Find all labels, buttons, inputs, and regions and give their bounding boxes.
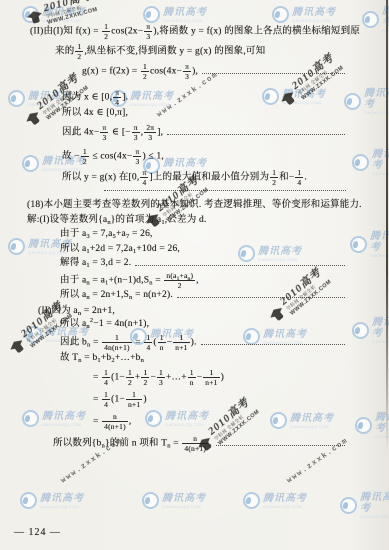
dotted-leader xyxy=(202,73,345,74)
fraction: 14n(n+1) xyxy=(102,333,132,352)
page-number: — 124 — xyxy=(14,527,61,538)
fraction: 14 xyxy=(295,168,303,187)
math-text: 由于 a3 = 7,a5+a7 = 26, xyxy=(60,228,153,241)
scan-edge-line xyxy=(386,0,388,452)
fraction: 14 xyxy=(102,368,110,387)
math-text: 因此 bn = 14n(n+1) = 14(1n−1n+1). xyxy=(60,333,197,352)
dotted-leader xyxy=(135,265,345,266)
math-line-17: (II)因为 an = 2n+1, xyxy=(38,305,115,318)
fraction: 2π3 xyxy=(144,123,156,142)
fraction: n4(n+1) xyxy=(102,412,128,431)
math-line-24: 所以数列{bn}的前 n 项和 Tn = n4(n+1). xyxy=(53,434,347,453)
fraction: n(a1+an)2 xyxy=(164,271,195,290)
dotted-leader xyxy=(201,344,345,345)
math-text: 因此 4x−π3 ∈ [−π3,2π3], xyxy=(62,123,163,142)
math-line-21: = 14(1−12+12−13+…+1n−1n+1) xyxy=(93,368,224,387)
math-line-18: 所以 an2−1 = 4n(n+1), xyxy=(60,318,149,331)
math-line-1: (II)由(I)知 f(x) = 12cos(2x−π3),将函数 y = f(… xyxy=(30,22,360,41)
math-text: = 14(1−12+12−13+…+1n−1n+1) xyxy=(93,368,224,387)
fraction: n4(n+1) xyxy=(182,434,208,453)
math-text: 解得 a1 = 3,d = 2. xyxy=(60,257,131,270)
math-line-3: g(x) = f(2x) = 12cos(4x−π3), xyxy=(82,62,347,81)
math-line-13: 所以 a1+2d = 7,2a1+10d = 26, xyxy=(60,243,180,256)
fraction: π4 xyxy=(113,88,121,107)
fraction: 12 xyxy=(102,22,110,41)
dotted-leader xyxy=(167,134,345,135)
fraction: π3 xyxy=(183,62,191,81)
fraction: π3 xyxy=(133,147,141,166)
fraction: 14 xyxy=(144,333,152,352)
math-text: 解:(I)设等差数列{an}的首项为 a1,公差为 d. xyxy=(27,214,207,227)
solution-text-layer: (II)由(I)知 f(x) = 12cos(2x−π3),将函数 y = f(… xyxy=(0,0,389,550)
math-text: 所以 an2−1 = 4n(n+1), xyxy=(60,318,149,331)
math-text: (II)由(I)知 f(x) = 12cos(2x−π3),将函数 y = f(… xyxy=(30,22,360,41)
dotted-leader xyxy=(104,190,346,191)
math-line-5: 所以 4x ∈ [0,π], xyxy=(62,107,128,120)
math-line-14: 解得 a1 = 3,d = 2. xyxy=(60,257,347,270)
fraction: π3 xyxy=(132,123,140,142)
math-line-6: 因此 4x−π3 ∈ [−π3,2π3], xyxy=(62,123,347,142)
dotted-leader xyxy=(216,445,345,446)
math-text: 所以 a1+2d = 7,2a1+10d = 26, xyxy=(60,243,180,256)
fraction: 12 xyxy=(141,62,149,81)
fraction: π3 xyxy=(144,22,152,41)
math-line-22: = 14(1−1n+1) xyxy=(93,390,147,409)
math-text: 由于 an = a1+(n−1)d,Sn = n(a1+an)2, xyxy=(60,271,199,290)
math-line-16: 所以 an = 2n+1,Sn = n(n+2). xyxy=(60,289,347,302)
math-text: 所以 an = 2n+1,Sn = n(n+2). xyxy=(60,289,173,302)
math-text: 所以 y = g(x) 在[0,π4]上的最大值和最小值分别为12和−14. xyxy=(62,168,307,187)
fraction: π4 xyxy=(140,168,148,187)
math-text: 所以数列{bn}的前 n 项和 Tn = n4(n+1). xyxy=(53,434,212,453)
fraction: 12 xyxy=(81,147,89,166)
math-text: 故 −12 ≤ cos(4x−π3) ≤ 1, xyxy=(62,147,164,166)
fraction: 1n xyxy=(188,368,196,387)
dotted-leader xyxy=(177,297,345,298)
math-line-2: 来的12,纵坐标不变,得到函数 y = g(x) 的图象,可知 xyxy=(55,42,265,61)
fraction: 12 xyxy=(141,368,149,387)
math-text: 因为 x ∈ [0,π4]. xyxy=(62,88,128,107)
math-line-8: 所以 y = g(x) 在[0,π4]上的最大值和最小值分别为12和−14. xyxy=(62,168,307,187)
fraction: 1n xyxy=(158,333,166,352)
fraction: 12 xyxy=(126,368,134,387)
math-text: (18)本小题主要考查等差数列的基本知识. 考查逻辑推理、等价变形和运算能力. xyxy=(27,199,362,212)
fraction: 1n+1 xyxy=(173,333,189,352)
math-line-10: (18)本小题主要考查等差数列的基本知识. 考查逻辑推理、等价变形和运算能力. xyxy=(27,199,362,212)
math-line-15: 由于 an = a1+(n−1)d,Sn = n(a1+an)2, xyxy=(60,271,199,290)
math-text: 来的12,纵坐标不变,得到函数 y = g(x) 的图象,可知 xyxy=(55,42,265,61)
math-line-9 xyxy=(100,188,348,189)
math-line-11: 解:(I)设等差数列{an}的首项为 a1,公差为 d. xyxy=(27,214,207,227)
fraction: 1n+1 xyxy=(126,390,142,409)
fraction: 12 xyxy=(270,168,278,187)
fraction: 1n+1 xyxy=(203,368,219,387)
fraction: 13 xyxy=(157,368,165,387)
math-line-7: 故 −12 ≤ cos(4x−π3) ≤ 1, xyxy=(62,147,164,166)
fraction: 14 xyxy=(102,390,110,409)
math-text: = n4(n+1), xyxy=(93,412,131,431)
math-line-4: 因为 x ∈ [0,π4]. xyxy=(62,88,128,107)
math-text: 故 Tn = b1+b2+…+bn xyxy=(60,352,144,365)
math-line-23: = n4(n+1), xyxy=(93,412,131,431)
math-line-12: 由于 a3 = 7,a5+a7 = 26, xyxy=(60,228,153,241)
fraction: 12 xyxy=(75,42,83,61)
scanned-document-page: 腾讯高考 GAOKAO.QQ.COM 腾讯高考 GAOKAO.QQ.COM 腾讯… xyxy=(0,0,389,550)
fraction: π3 xyxy=(100,123,108,142)
math-text: = 14(1−1n+1) xyxy=(93,390,147,409)
math-text: g(x) = f(2x) = 12cos(4x−π3), xyxy=(82,62,198,81)
math-line-19: 因此 bn = 14n(n+1) = 14(1n−1n+1). xyxy=(60,333,347,352)
math-text: (II)因为 an = 2n+1, xyxy=(38,305,115,318)
math-line-20: 故 Tn = b1+b2+…+bn xyxy=(60,352,144,365)
math-text: 所以 4x ∈ [0,π], xyxy=(62,107,128,120)
